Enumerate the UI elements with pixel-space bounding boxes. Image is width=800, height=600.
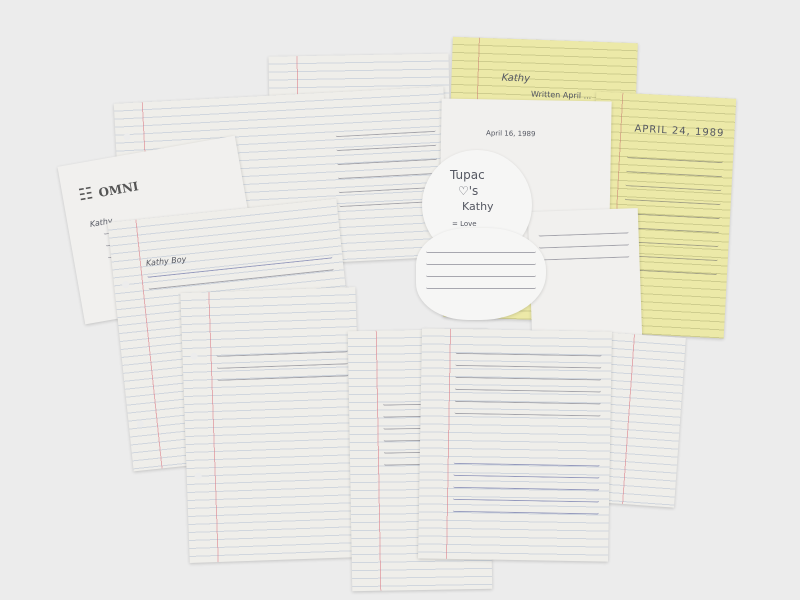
doily-line-1: Tupac: [450, 168, 485, 182]
letter-main-right: [418, 328, 612, 561]
doily-line-2: ♡'s: [458, 184, 478, 198]
omni-logo-text: OMNI: [97, 179, 139, 200]
yellow-letter-greeting: Kathy: [501, 73, 530, 85]
doily-line-3: Kathy: [462, 200, 494, 213]
yellow-letter-date-stamp: APRIL 24, 1989: [634, 124, 725, 140]
letter-april-date: April 16, 1989: [486, 129, 536, 138]
letter-bottom-left: [180, 287, 364, 563]
omni-logo-icon: ☷: [77, 183, 94, 204]
doily-line-4: = Love: [452, 220, 477, 228]
letter-kathy-boy-greeting: Kathy Boy: [146, 255, 187, 268]
doily-note-large: [416, 228, 546, 320]
